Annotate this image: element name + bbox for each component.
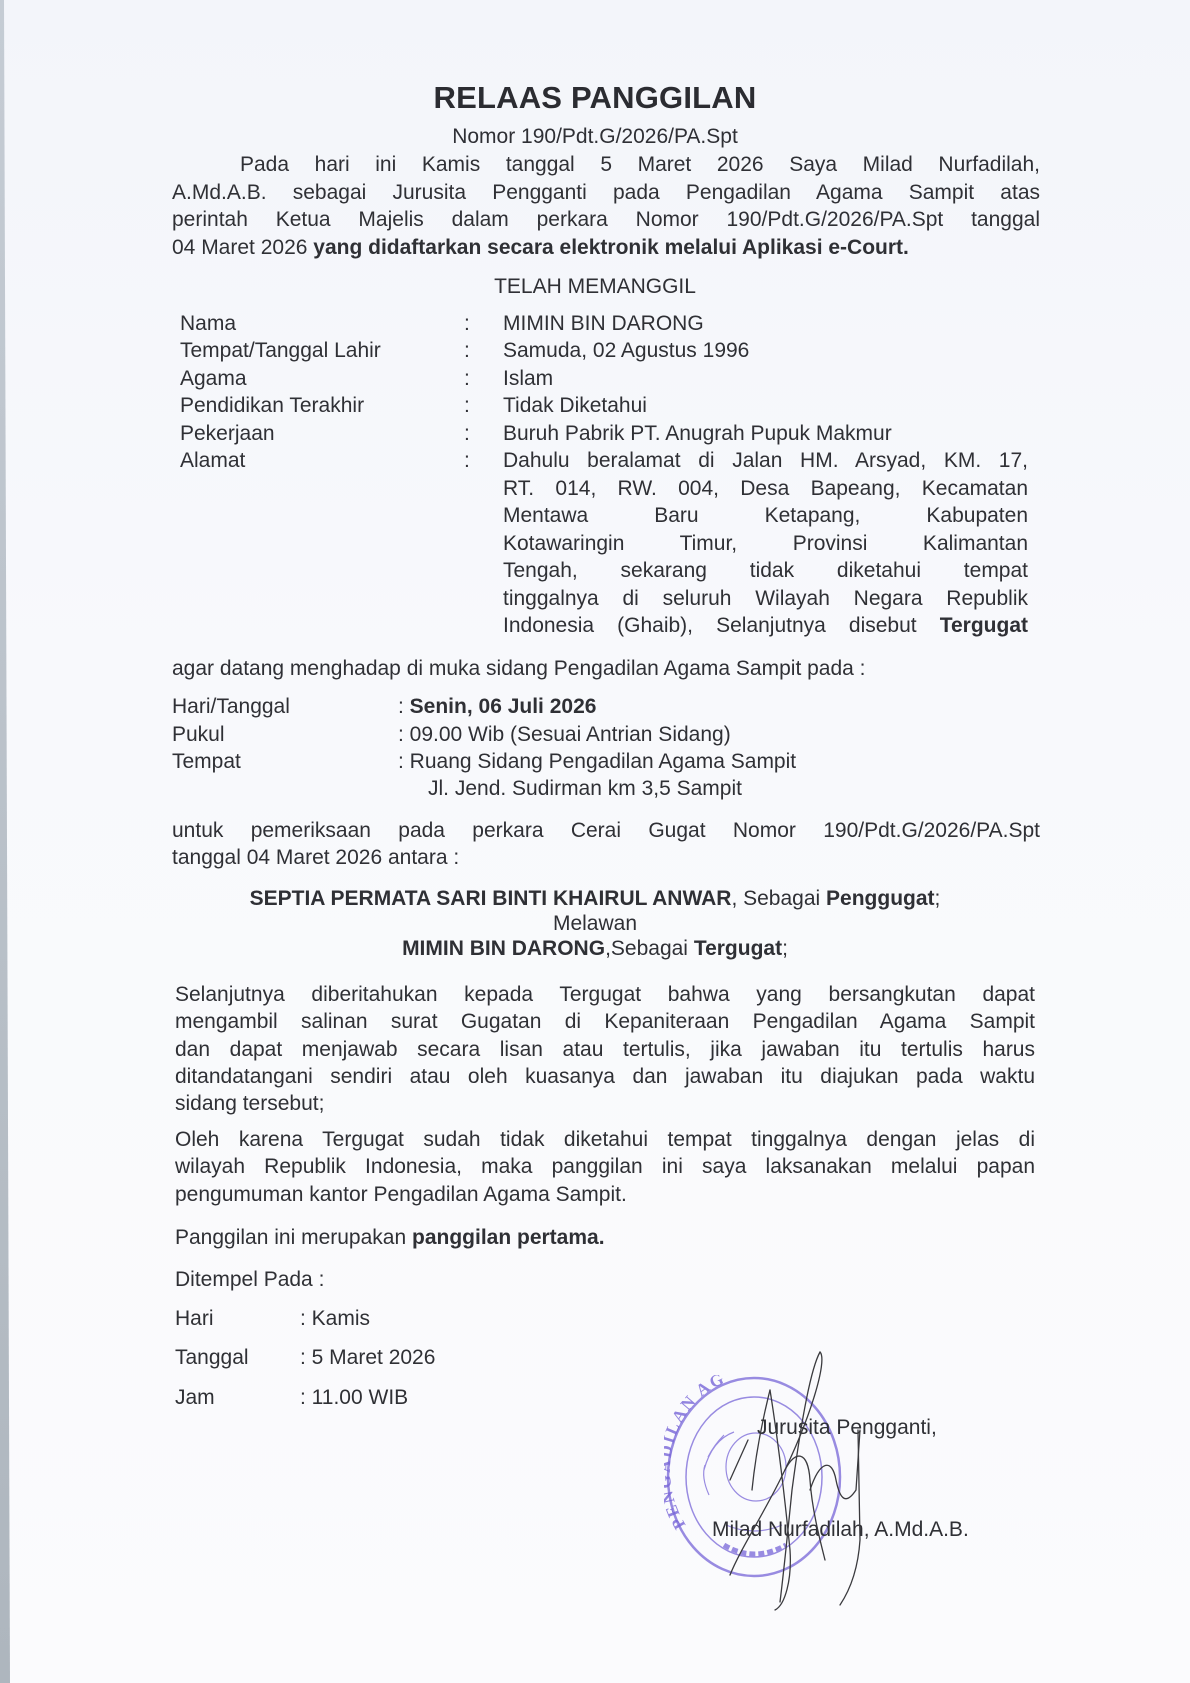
address-text: Indonesia (Ghaib), Selanjutnya disebut	[503, 614, 940, 637]
address-line: Tengah, sekarang tidak diketahui tempat	[503, 558, 1028, 584]
paragraph-line: Oleh karena Tergugat sudah tidak diketah…	[175, 1127, 1035, 1153]
posting-label: Jam	[175, 1385, 215, 1411]
field-separator: :	[464, 421, 470, 447]
intro-line-2: A.Md.A.B. sebagai Jurusita Pengganti pad…	[172, 180, 1040, 206]
posting-label: Tanggal	[175, 1345, 249, 1371]
address-line: Kotawaringin Timur, Provinsi Kalimantan	[503, 531, 1028, 557]
intro-ecourt-note: yang didaftarkan secara elektronik melal…	[313, 236, 909, 259]
field-value: MIMIN BIN DARONG	[503, 311, 704, 337]
call-note-emphasis: panggilan pertama.	[412, 1226, 605, 1249]
hearing-time: 09.00 Wib (Sesuai Antrian Sidang)	[410, 723, 731, 746]
defendant-name: MIMIN BIN DARONG	[402, 937, 605, 960]
address-line: Indonesia (Ghaib), Selanjutnya disebut T…	[503, 613, 1028, 639]
defendant-role: Tergugat	[694, 937, 782, 960]
hearing-day-value: : Senin, 06 Juli 2026	[398, 694, 596, 720]
posting-value: : 11.00 WIB	[300, 1385, 408, 1411]
intro-line-3: perintah Ketua Majelis dalam perkara Nom…	[172, 207, 1040, 233]
field-separator: :	[464, 448, 470, 474]
paragraph-line: dan dapat menjawab secara lisan atau ter…	[175, 1037, 1035, 1063]
posting-heading: Ditempel Pada :	[175, 1267, 324, 1293]
paragraph-line: Selanjutnya diberitahukan kepada Terguga…	[175, 982, 1035, 1008]
field-separator: :	[464, 393, 470, 419]
address-emphasis: Tergugat	[940, 614, 1028, 637]
posting-value: : 5 Maret 2026	[300, 1345, 435, 1371]
call-note: Panggilan ini merupakan panggilan pertam…	[175, 1225, 605, 1251]
case-line-1: untuk pemeriksaan pada perkara Cerai Gug…	[172, 818, 1040, 844]
field-label: Tempat/Tanggal Lahir	[180, 338, 381, 364]
posting-value: : Kamis	[300, 1306, 370, 1332]
paragraph-line: sidang tersebut;	[175, 1091, 1035, 1117]
case-line-2: tanggal 04 Maret 2026 antara :	[172, 845, 459, 871]
hearing-intro: agar datang menghadap di muka sidang Pen…	[172, 656, 866, 682]
paragraph-line: ditandatangani sendiri atau oleh kuasany…	[175, 1064, 1035, 1090]
hearing-place-value: : Ruang Sidang Pengadilan Agama Sampit	[398, 749, 796, 775]
hearing-place-address: Jl. Jend. Sudirman km 3,5 Sampit	[428, 776, 742, 802]
separator: :	[398, 750, 410, 773]
field-value: Tidak Diketahui	[503, 393, 647, 419]
address-line: Mentawa Baru Ketapang, Kabupaten	[503, 503, 1028, 529]
intro-date: 04 Maret 2026	[172, 236, 313, 259]
role-prefix: , Sebagai	[731, 887, 826, 910]
posting-label: Hari	[175, 1306, 214, 1332]
summons-heading: TELAH MEMANGGIL	[0, 274, 1190, 300]
call-note-text: Panggilan ini merupakan	[175, 1226, 412, 1249]
hearing-place: Ruang Sidang Pengadilan Agama Sampit	[410, 750, 796, 773]
separator: :	[398, 723, 410, 746]
plaintiff-name: SEPTIA PERMATA SARI BINTI KHAIRUL ANWAR	[250, 887, 732, 910]
role-prefix: ,Sebagai	[605, 937, 694, 960]
hearing-time-label: Pukul	[172, 722, 225, 748]
paragraph-line: wilayah Republik Indonesia, maka panggil…	[175, 1154, 1035, 1180]
intro-line-4: 04 Maret 2026 yang didaftarkan secara el…	[172, 235, 909, 261]
terminator: ;	[935, 887, 941, 910]
hearing-day-label: Hari/Tanggal	[172, 694, 290, 720]
field-label: Agama	[180, 366, 247, 392]
address-line: Dahulu beralamat di Jalan HM. Arsyad, KM…	[503, 448, 1028, 474]
field-label: Nama	[180, 311, 236, 337]
plaintiff-role: Penggugat	[826, 887, 935, 910]
hearing-date: Senin, 06 Juli 2026	[410, 695, 597, 718]
field-label: Pendidikan Terakhir	[180, 393, 364, 419]
paragraph-line: pengumuman kantor Pengadilan Agama Sampi…	[175, 1182, 1035, 1208]
paragraph-line: mengambil salinan surat Gugatan di Kepan…	[175, 1009, 1035, 1035]
terminator: ;	[782, 937, 788, 960]
versus: Melawan	[0, 911, 1190, 937]
scan-edge	[0, 0, 10, 1683]
field-label: Pekerjaan	[180, 421, 275, 447]
address-line: tinggalnya di seluruh Wilayah Negara Rep…	[503, 586, 1028, 612]
intro-line-1: Pada hari ini Kamis tanggal 5 Maret 2026…	[240, 152, 1040, 178]
document-page: RELAAS PANGGILAN Nomor 190/Pdt.G/2026/PA…	[0, 0, 1190, 1683]
document-title: RELAAS PANGGILAN	[0, 80, 1190, 116]
separator: :	[398, 695, 410, 718]
address-label: Alamat	[180, 448, 245, 474]
case-number: Nomor 190/Pdt.G/2026/PA.Spt	[0, 125, 1190, 149]
field-value: Islam	[503, 366, 553, 392]
field-separator: :	[464, 338, 470, 364]
field-separator: :	[464, 311, 470, 337]
signature-icon	[660, 1340, 920, 1620]
hearing-place-label: Tempat	[172, 749, 241, 775]
address-line: RT. 014, RW. 004, Desa Bapeang, Kecamata…	[503, 476, 1028, 502]
defendant-line: MIMIN BIN DARONG,Sebagai Tergugat;	[0, 936, 1190, 962]
field-value: Samuda, 02 Agustus 1996	[503, 338, 749, 364]
field-value: Buruh Pabrik PT. Anugrah Pupuk Makmur	[503, 421, 892, 447]
plaintiff-line: SEPTIA PERMATA SARI BINTI KHAIRUL ANWAR,…	[0, 886, 1190, 912]
field-separator: :	[464, 366, 470, 392]
hearing-time-value: : 09.00 Wib (Sesuai Antrian Sidang)	[398, 722, 731, 748]
